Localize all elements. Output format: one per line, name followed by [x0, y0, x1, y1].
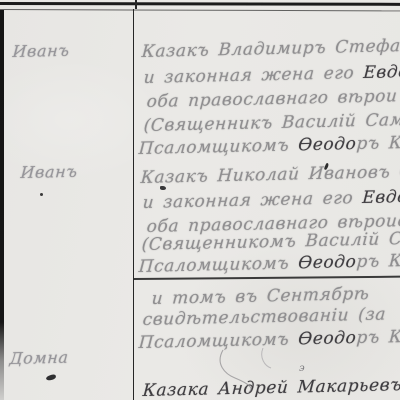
handwritten-line: Псаломщикомъ Ѳеодоръ Кон — [138, 132, 400, 159]
top-border-rule-inner — [0, 9, 400, 12]
overwritten-word: Евдокія — [362, 186, 400, 208]
scanned-register-page: ИванъИванъДомна Казакъ Владимиръ Стефано… — [0, 0, 400, 400]
handwritten-line: свидѣтельствованіи (за — [142, 304, 387, 330]
ink-dot — [40, 193, 43, 196]
handwritten-line: Казакъ Николай Ивановъ Скур — [140, 161, 400, 188]
handwritten-line: Казакъ Владимиръ Стефановъ Ск — [141, 34, 400, 62]
top-border-rule — [0, 2, 400, 5]
handwritten-line: оба православнаго вѣрои — [146, 86, 398, 112]
pen-flourish — [205, 348, 275, 393]
ink-smudge — [46, 374, 57, 381]
left-scan-edge — [0, 10, 4, 400]
overwritten-word: Евдо — [363, 62, 400, 83]
ink-blot — [160, 186, 166, 190]
child-name-entry: Иванъ — [20, 162, 78, 182]
column-divider-rule — [133, 9, 135, 400]
handwritten-line: (Священникъ Василій Сам — [143, 110, 400, 136]
overwritten-word: Ѳеодо — [298, 134, 358, 155]
superscript-mark: э — [299, 363, 305, 374]
handwritten-line: и законная жена его Евдокія — [142, 186, 400, 213]
child-name-entry: Иванъ — [12, 41, 70, 61]
handwritten-line: и законная жена его Евдо — [143, 62, 400, 88]
handwritten-line: Псаломщикомъ Ѳеодоръ Кон — [138, 250, 400, 277]
column-divider-rule-top-tick — [135, 0, 137, 9]
overwritten-word: Ѳеодо — [298, 252, 358, 273]
overwritten-word: Ѳеодо — [298, 328, 358, 349]
child-name-entry: Домна — [9, 348, 69, 368]
